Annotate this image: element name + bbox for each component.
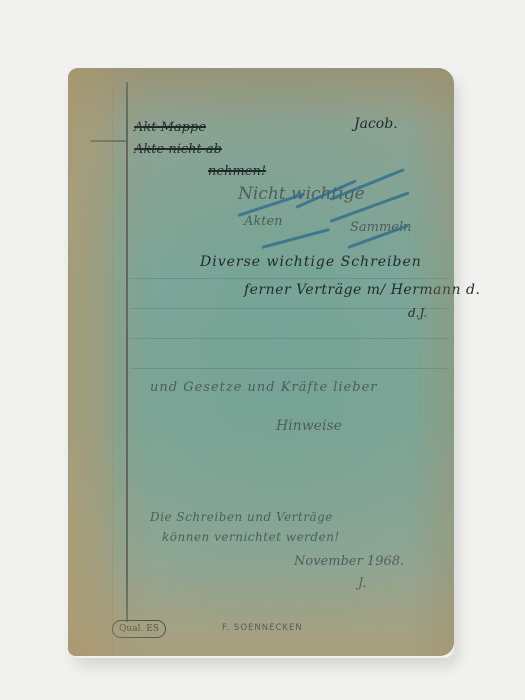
- document-folder: Akt Mappe Akte nicht ab nehmen! Jacob. N…: [68, 68, 454, 656]
- brand-imprint: F. SOENNECKEN: [222, 623, 303, 633]
- name-label: Jacob.: [354, 116, 398, 132]
- pencil-bottom-line2: können vernichtet werden!: [162, 530, 340, 544]
- pencil-middle-line2: Hinweise: [276, 418, 342, 434]
- ruled-line: [130, 338, 450, 339]
- ruled-line: [130, 368, 450, 369]
- pencil-bottom-line1: Die Schreiben und Verträge: [150, 510, 333, 524]
- blue-strike-mark: [262, 228, 330, 249]
- ruled-line: [130, 308, 450, 309]
- ink-line1: Diverse wichtige Schreiben: [200, 254, 422, 270]
- pencil-bottom-line4: J.: [358, 576, 366, 591]
- pencil-note-line2: Akten: [244, 214, 283, 229]
- margin-line: [126, 82, 128, 622]
- quality-stamp: Qual. ES: [112, 620, 166, 638]
- margin-tick: [90, 140, 126, 142]
- ink-line3: d.J.: [408, 306, 427, 320]
- pencil-bottom-line3: November 1968.: [294, 554, 404, 569]
- pencil-middle-line1: und Gesetze und Kräfte lieber: [150, 380, 378, 395]
- crossed-note-line3: nehmen!: [208, 164, 266, 179]
- folder-spine: [68, 68, 113, 656]
- crossed-note-line1: Akt Mappe: [134, 120, 206, 135]
- ink-line2: ferner Verträge m/ Hermann d.: [244, 282, 480, 298]
- crossed-note-line2: Akte nicht ab: [134, 142, 222, 157]
- ruled-line: [130, 278, 450, 279]
